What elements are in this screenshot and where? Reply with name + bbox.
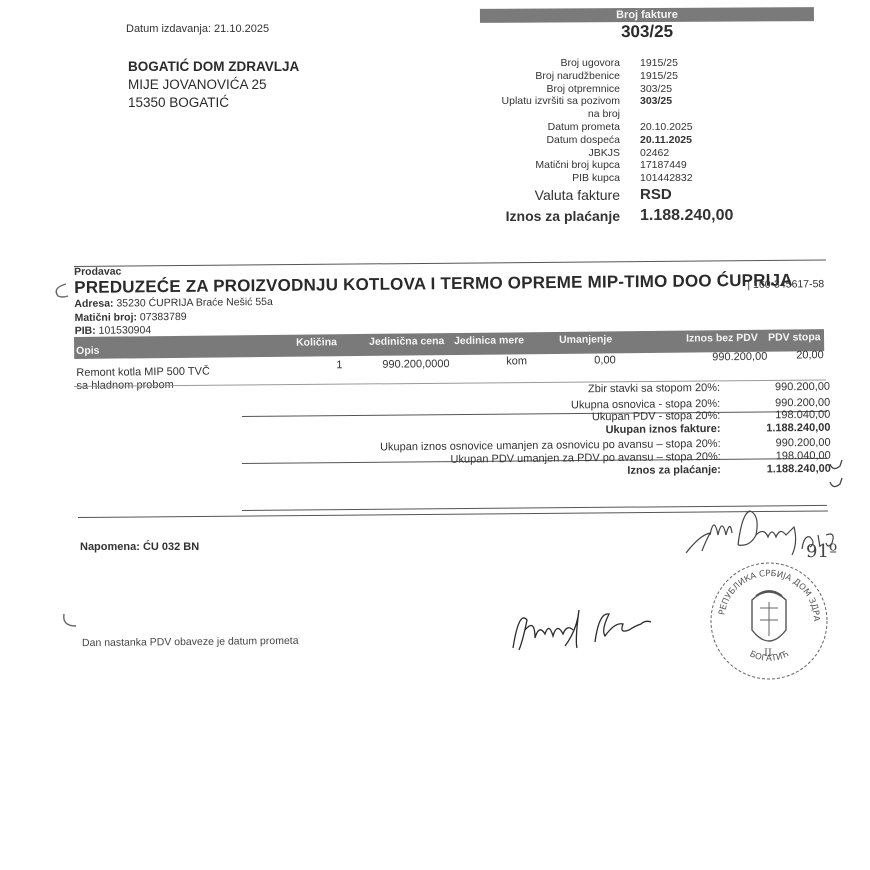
official-stamp-icon: РЕПУБЛИКА СРБИЈА ДОМ ЗДРАВЉА БОГАТИЋ II [704, 556, 834, 686]
seller-bank-account: | 160-345617-58 [747, 278, 824, 291]
col-amount-excl-vat: Iznos bez PDV [686, 332, 758, 345]
item-amount-excl-vat: 990.200,00 [712, 351, 767, 364]
meta-row-buyer-pib: PIB kupca101442832 [490, 172, 790, 185]
buyer-block: BOGATIĆ DOM ZDRAVLJA MIJE JOVANOVIĆA 25 … [128, 58, 299, 112]
meta-row-amount-due: Iznos za plaćanje1.188.240,00 [490, 205, 790, 227]
meta-row-jbkjs: JBKJS02462 [490, 147, 790, 160]
col-unit-price: Jedinična cena [369, 335, 444, 348]
meta-row-delivery-note: Broj otpremnice303/25 [490, 83, 790, 96]
item-discount: 0,00 [594, 354, 616, 366]
col-unit: Jedinica mere [454, 334, 524, 347]
invoice-meta: Broj ugovora1915/25 Broj narudžbenice191… [490, 57, 790, 227]
invoice-number-block: Broj fakture 303/25 [480, 7, 814, 43]
item-description-1: Remont kotla MIP 500 TVČ [76, 366, 210, 379]
col-description: Opis [76, 345, 99, 357]
meta-row-due-date: Datum dospeća20.11.2025 [490, 134, 790, 147]
col-discount: Umanjenje [559, 333, 612, 346]
col-vat-rate: PDV stopa [768, 331, 821, 344]
buyer-name: BOGATIĆ DOM ZDRAVLJA [128, 58, 299, 76]
scan-artifact-icon [60, 612, 80, 632]
col-quantity: Količina [296, 336, 337, 348]
item-unit-price: 990.200,0000 [382, 358, 449, 371]
svg-text:II: II [764, 648, 772, 659]
buyer-city: 15350 BOGATIĆ [128, 94, 299, 112]
meta-row-currency: Valuta faktureRSD [490, 185, 790, 205]
meta-row-payment-reference: Uplatu izvršiti sa pozivom na broj303/25 [490, 95, 790, 121]
meta-row-buyer-reg-no: Matični broj kupca17187449 [490, 159, 790, 172]
meta-row-contract: Broj ugovora1915/25 [490, 57, 790, 70]
seller-block: Prodavac PREDUZEĆE ZA PROIZVODNJU KOTLOV… [74, 258, 835, 338]
vat-obligation-note: Dan nastanka PDV obaveze je datum promet… [82, 635, 299, 649]
note: Napomena: ĆU 032 BN [80, 541, 199, 553]
svg-text:РЕПУБЛИКА СРБИЈА ДОМ ЗДРАВЉА: РЕПУБЛИКА СРБИЈА ДОМ ЗДРАВЉА [704, 556, 821, 622]
meta-row-order: Broj narudžbenice1915/25 [490, 70, 790, 83]
meta-row-turnover-date: Datum prometa20.10.2025 [490, 121, 790, 134]
item-quantity: 1 [336, 359, 342, 371]
item-unit: kom [506, 355, 527, 367]
scan-artifact-icon [50, 280, 70, 300]
signature-icon [505, 600, 675, 660]
check-marks-icon [828, 458, 848, 498]
issue-date: Datum izdavanja: 21.10.2025 [126, 23, 269, 35]
item-vat-rate: 20,00 [796, 349, 824, 361]
buyer-street: MIJE JOVANOVIĆA 25 [128, 76, 299, 94]
invoice-number: 303/25 [480, 21, 814, 43]
totals-block: Zbir stavki sa stopom 20%:990.200,00 Uku… [230, 381, 831, 481]
